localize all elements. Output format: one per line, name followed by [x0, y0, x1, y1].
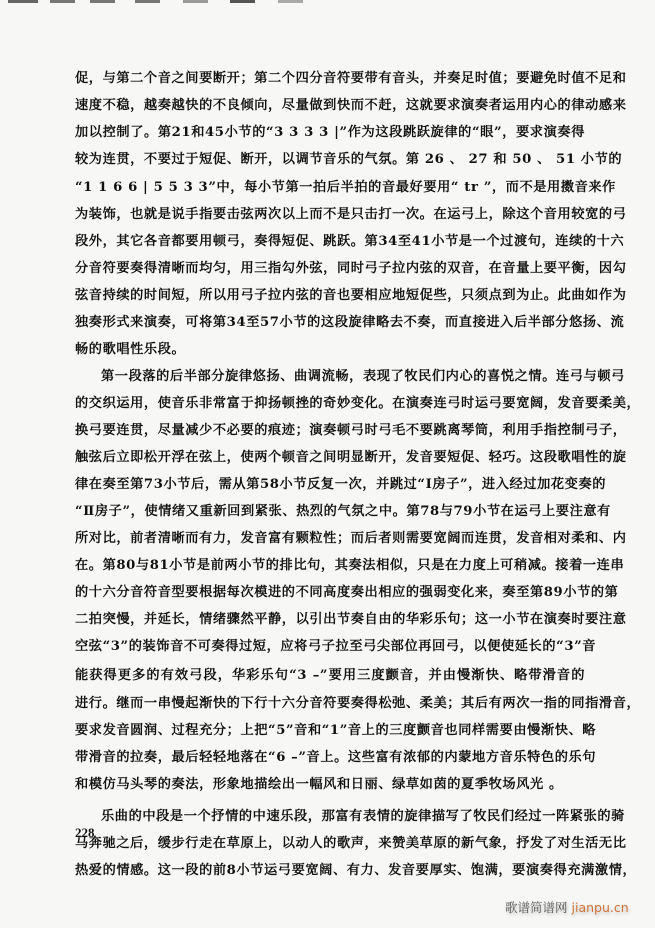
text-line: 律在奏至第73小节后，需从第58小节反复一次，并跳过“Ⅰ房子”，进入经过加花变奏…	[75, 474, 585, 496]
watermark: 歌谱简谱网 jianpu.cn	[505, 898, 629, 916]
text-line: 畅的歌唱性乐段。	[75, 339, 585, 361]
text-line: 触弦后立即松开浮在弦上，使两个顿音之间明显断开，发音要短促、轻巧。这段歌唱性的旋	[75, 447, 585, 469]
watermark-domain: jianpu.cn	[572, 900, 629, 915]
text-line: 速度不稳，越奏越快的不良倾向，尽量做到快而不赶，这就要求演奏者运用内心的律动感来	[75, 95, 585, 117]
text-line: 为装饰，也就是说手指要击弦两次以上而不是只击打一次。在运弓上，除这个音用较宽的弓	[75, 204, 585, 226]
text-line: 和模仿马头琴的奏法，形象地描绘出一幅风和日丽、绿草如茵的夏季牧场风光 。	[75, 774, 585, 796]
strip-segment	[230, 0, 255, 3]
text-line: 分音符要奏得清晰而均匀，用三指勾外弦，同时弓子拉内弦的双音，在音量上要平衡，因勾	[75, 258, 585, 280]
text-line: 独奏形式来演奏，可将第34至57小节的这段旋律略去不奏，而直接进入后半部分悠扬、…	[75, 312, 585, 334]
text-line: 弦音持续的时间短，所以用弓子拉内弦的音也要相应地短促些，只须点到为止。此曲如作为	[75, 285, 585, 307]
text-line: 加以控制了。第21和45小节的“3 3 3 3 |”作为这段跳跃旋律的“眼”，要…	[75, 122, 585, 144]
text-line: 段外，其它各音都要用顿弓，奏得短促、跳跃。第34至41小节是一个过渡句，连续的十…	[75, 231, 585, 253]
text-line: 热爱的情感。这一段的前8小节运弓要宽阔、有力、发音要厚实、饱满，要演奏得充满激情…	[75, 860, 585, 882]
page-number: 228	[75, 825, 95, 841]
text-line: 换弓要连贯，尽量减少不必要的痕迹；演奏顿弓时弓毛不要跳离琴筒，利用手指控制弓子，	[75, 420, 585, 442]
strip-segment	[278, 0, 303, 3]
text-line: 第一段落的后半部分旋律悠扬、曲调流畅，表现了牧民们内心的喜悦之情。连弓与顿弓	[75, 366, 585, 388]
top-scan-strip	[0, 0, 655, 6]
strip-segment	[50, 0, 75, 3]
text-line: “Ⅱ房子”，使情绪又重新回到紧张、热烈的气氛之中。第78与79小节在运弓上要注意…	[75, 501, 585, 523]
text-line: 带滑音的拉奏，最后轻轻地落在“6 –”音上。这些富有浓郁的内蒙地方音乐特色的乐句	[75, 747, 585, 769]
text-line: 的交织运用，使音乐非常富于抑扬顿挫的奇妙变化。在演奏连弓时运弓要宽阔，发音要柔美…	[75, 393, 585, 415]
text-line: 的十六分音符音型要根据每次模进的不同高度奏出相应的强弱变化来，奏至第89小节的第	[75, 582, 585, 604]
text-line: 进行。继而一串慢起渐快的下行十六分音符要奏得松弛、柔美；其后有两次一指的同指滑音…	[75, 693, 585, 715]
text-line: 在。第80与81小节是前两小节的排比句，其奏法相似，只是在力度上可稍减。接着一连…	[75, 555, 585, 577]
text-line: 乐曲的中段是一个抒情的中速乐段，那富有表情的旋律描写了牧民们经过一阵紧张的骑	[75, 806, 585, 828]
strip-segment	[183, 0, 208, 3]
text-line: 要求发音圆润、过程充分；上把“5”音和“1”音上的三度颤音也同样需要由慢渐快、略	[75, 720, 585, 742]
text-line: 二拍突慢，并延长，情绪骤然平静，以引出节奏自由的华彩乐句；这一小节在演奏时要注意	[75, 609, 585, 631]
text-line: 能获得更多的有效弓段，华彩乐句“3 –”要用三度颤音，并由慢渐快、略带滑音的	[75, 665, 585, 687]
strip-segment	[135, 0, 160, 3]
text-line: 所对比，前者清晰而有力，发音富有颗粒性；而后者则需要宽阔而连贯，发音相对柔和、内	[75, 528, 585, 550]
strip-segment	[8, 0, 38, 3]
text-line: “1 1 6 6 | 5 5 3 3”中，每小节第一拍后半拍的音最好要用“ tr…	[75, 177, 585, 199]
text-line: 较为连贯，不要过于短促、断开，以调节音乐的气氛。第 26 、 27 和 50 、…	[75, 149, 585, 171]
text-line: 促，与第二个音之间要断开；第二个四分音符要带有音头，并奏足时值；要避免时值不足和	[75, 68, 585, 90]
strip-segment	[90, 0, 115, 3]
text-line: 马奔驰之后，缓步行走在草原上，以动人的歌声，来赞美草原的新气象，抒发了对生活无比	[75, 833, 585, 855]
watermark-site: 歌谱简谱网	[505, 900, 568, 915]
text-line: 空弦“3”的装饰音不可奏得过短，应将弓子拉至弓尖部位再回弓，以便使延长的“3”音	[75, 636, 585, 658]
